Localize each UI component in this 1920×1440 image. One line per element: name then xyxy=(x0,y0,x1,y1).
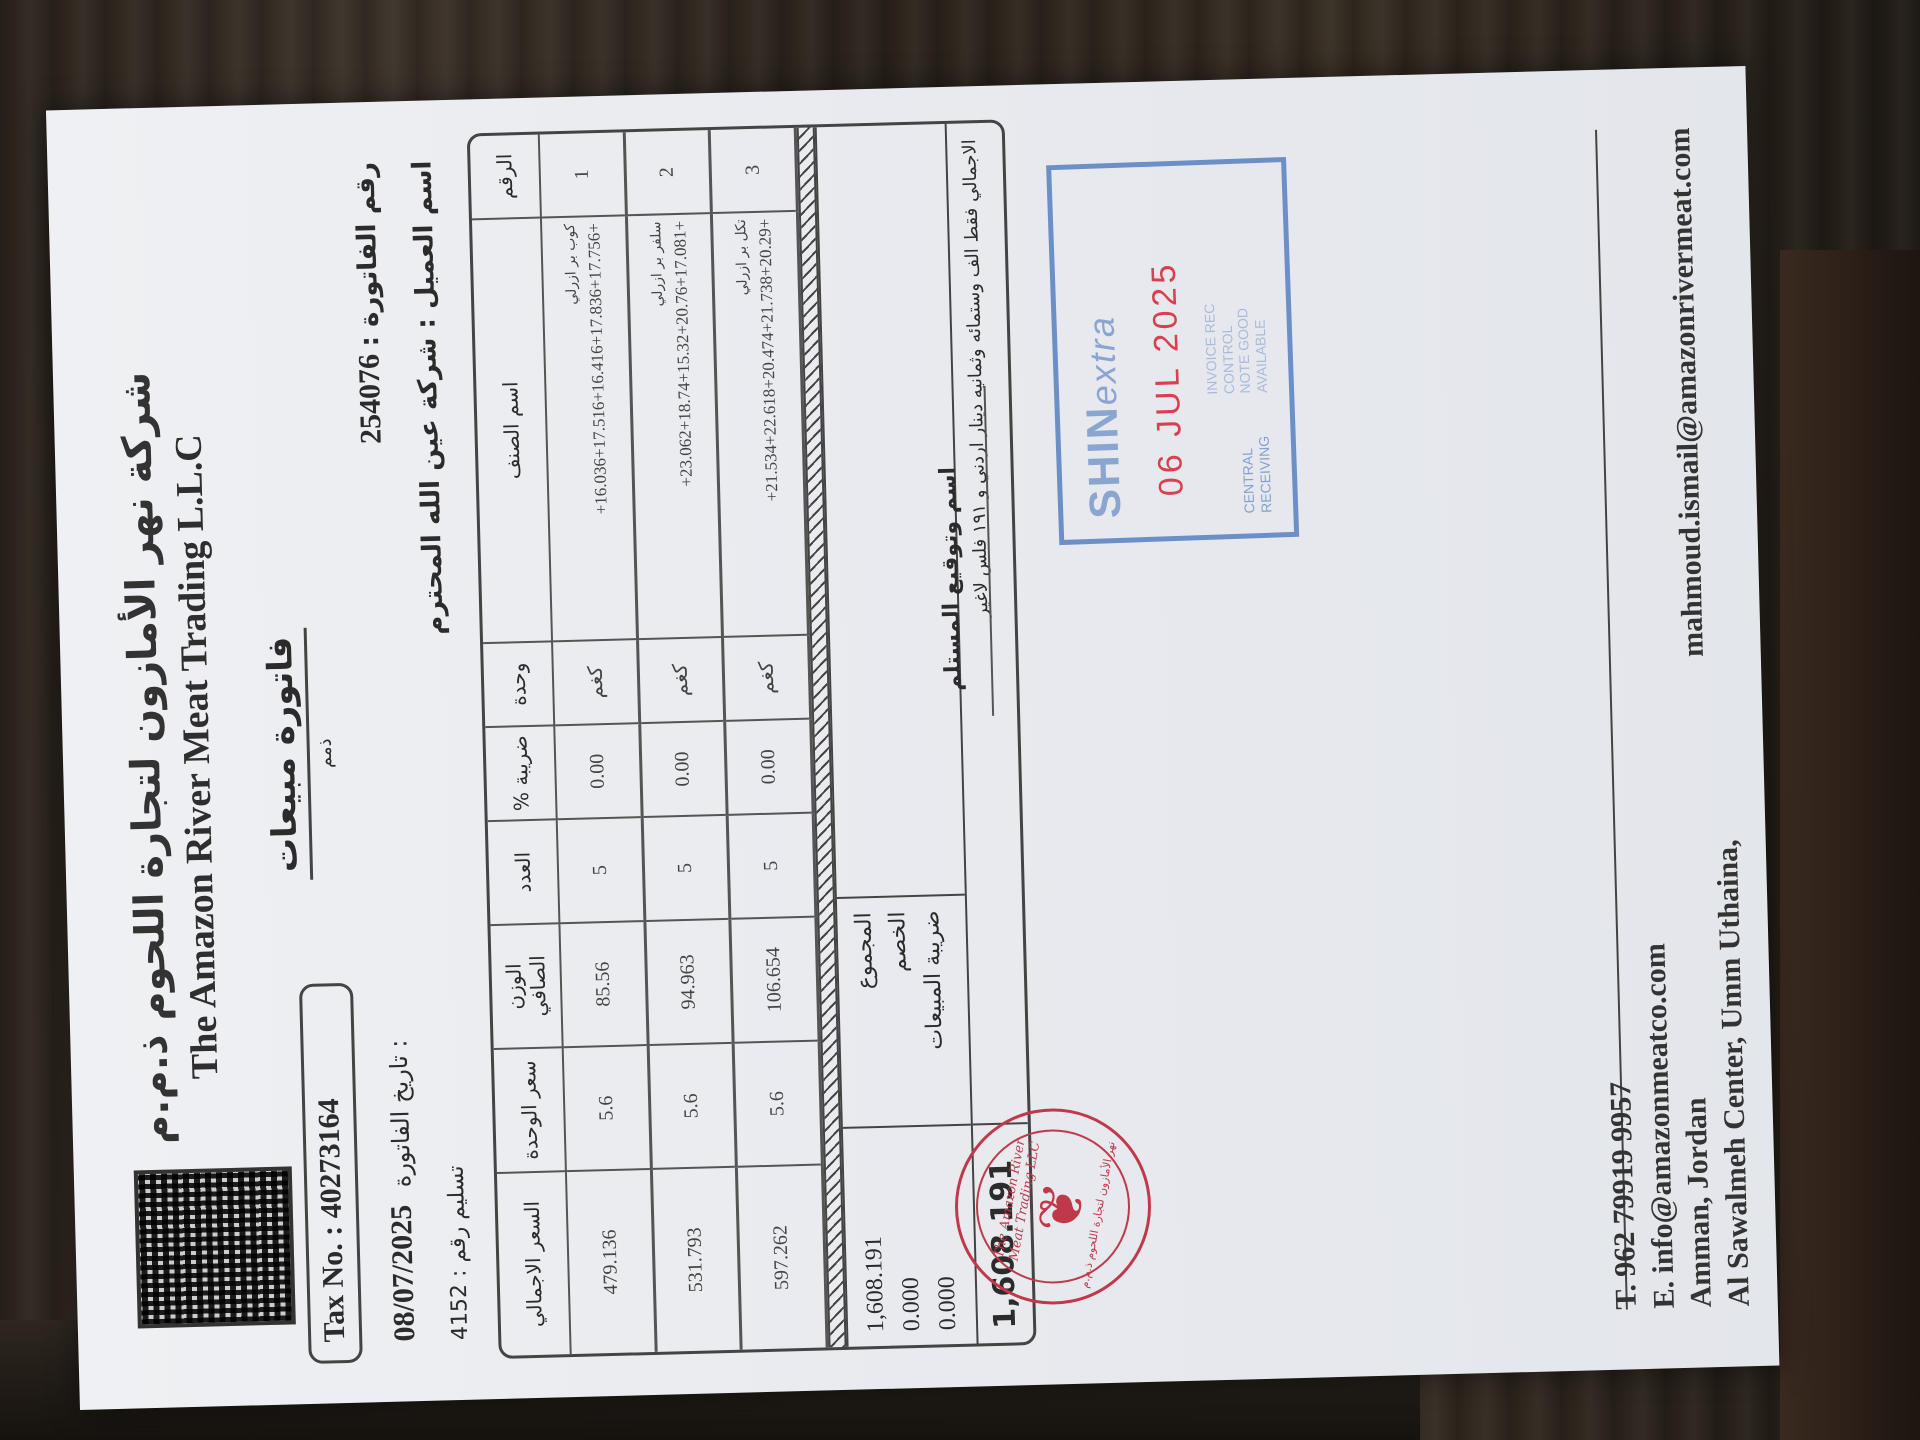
receiving-stamp: SHINextra 06 JUL 2025 CENTRAL RECEIVING … xyxy=(1046,157,1299,545)
footer-contact-email: mahmoud.ismail@amazonrivermeat.com xyxy=(1663,127,1711,657)
row-tax: 0.00 xyxy=(639,721,727,817)
col-number: الرقم xyxy=(470,135,541,220)
delivery-value: 4152 xyxy=(447,1284,473,1341)
tax-number-box: Tax No. : 40273164 xyxy=(299,983,363,1364)
col-item-name: اسم الصنف xyxy=(472,218,552,644)
footer-contact: T. 962 79919 9957 E. info@amazonmeatco.c… xyxy=(1596,839,1758,1310)
row-unit-price: 5.6 xyxy=(733,1041,822,1167)
invoice-number-label: رقم الفاتورة : xyxy=(350,162,385,347)
customer-value: شركة عين الله المحترم xyxy=(412,337,450,635)
invoice-date: 08/07/2025 تاريخ الفاتورة : xyxy=(380,1039,422,1342)
invoice-number-value: 254076 xyxy=(352,354,387,445)
row-number: 3 xyxy=(709,128,797,213)
discount-label: الخصم xyxy=(881,911,920,1112)
row-count: 5 xyxy=(557,817,645,923)
stamp-date: 06 JUL 2025 xyxy=(1145,260,1192,497)
row-item: سلفر بر ازرلي+23.062+18.74+15.32+20.76+1… xyxy=(626,213,723,639)
invoice-number: رقم الفاتورة : 254076 xyxy=(347,162,388,445)
invoice-paper: شركة نهر الأمازون لتجارة اللحوم ذ.م.م Th… xyxy=(46,66,1779,1410)
row-net-weight: 94.963 xyxy=(644,919,733,1045)
invoice-date-value: 08/07/2025 xyxy=(385,1204,422,1341)
customer-name: اسم العميل : شركة عين الله المحترم xyxy=(407,160,449,635)
stamp-invoice-lines: INVOICE REC CONTROL NOTE GOOD AVAILABLE xyxy=(1201,302,1271,395)
col-tax: ضريبة % xyxy=(485,725,556,821)
stamp-central-receiving: CENTRAL RECEIVING xyxy=(1239,436,1275,514)
col-unit: وحدة xyxy=(483,641,554,727)
row-number: 2 xyxy=(624,130,712,215)
col-net-weight: الوزن الصافي xyxy=(490,923,562,1049)
row-tax: 0.00 xyxy=(554,723,641,819)
row-tax: 0.00 xyxy=(725,719,813,815)
col-total-price: السعر الاجمالي xyxy=(497,1171,571,1356)
items-table: الرقم اسم الصنف وحدة ضريبة % العدد الوزن… xyxy=(467,119,1036,1359)
row-count: 5 xyxy=(642,815,730,921)
background-surface xyxy=(1780,250,1920,1440)
row-net-weight: 85.56 xyxy=(559,921,647,1047)
col-count: العدد xyxy=(488,819,560,925)
customer-label: اسم العميل : xyxy=(407,160,441,329)
row-net-weight: 106.654 xyxy=(730,917,819,1043)
col-unit-price: سعر الوحدة xyxy=(494,1047,566,1173)
sales-tax-label: ضريبة المبيعات xyxy=(915,910,954,1111)
sum-label: المجموع xyxy=(847,912,886,1113)
row-unit: كغم xyxy=(552,639,639,725)
bird-wings-icon: ❦ xyxy=(1027,1178,1095,1238)
row-unit: كغم xyxy=(637,637,725,723)
delivery-number: تسليم رقم : 4152 xyxy=(444,1165,474,1340)
row-total: 531.793 xyxy=(651,1167,741,1352)
discount-value: 0.000 xyxy=(889,1141,930,1332)
row-total: 597.262 xyxy=(736,1164,826,1349)
row-unit-price: 5.6 xyxy=(563,1045,651,1171)
row-item: تكل بر ازرلي+21.534+22.618+20.474+21.738… xyxy=(711,211,808,637)
stamp-brand: SHINextra xyxy=(1074,315,1131,520)
row-total: 479.136 xyxy=(566,1169,656,1354)
delivery-label: تسليم رقم : xyxy=(444,1165,472,1277)
row-item: كوب بر ازرلي+16.036+17.516+16.416+17.836… xyxy=(541,215,637,641)
invoice-date-label: تاريخ الفاتورة : xyxy=(384,1039,416,1187)
sum-value: 1,608.191 xyxy=(853,1142,894,1333)
totals-labels: المجموع الخصم ضريبة المبيعات xyxy=(836,894,970,1129)
tax-value: 40273164 xyxy=(312,1098,349,1219)
row-unit-price: 5.6 xyxy=(648,1043,737,1169)
row-number: 1 xyxy=(539,132,626,217)
row-unit: كغم xyxy=(722,635,810,721)
totals-values: 1,608.191 0.000 0.000 xyxy=(842,1126,976,1347)
row-count: 5 xyxy=(727,813,815,919)
tax-label: Tax No. : xyxy=(315,1225,352,1342)
